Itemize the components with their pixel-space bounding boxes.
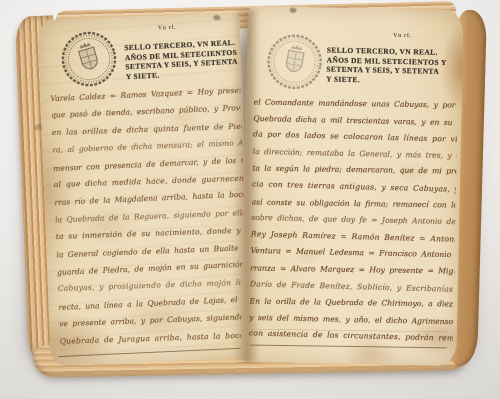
photo-background: Vn rl. SELLO TERCERO, VN REAL.AÑOS DE MI… bbox=[0, 0, 500, 399]
right-page: Vn rl. SELLO TERCERO, VN REAL.AÑOS DE MI… bbox=[240, 6, 463, 366]
crowned-arms-stamp-icon bbox=[52, 23, 126, 95]
handwritten-text: Varela Caldez = Ramos Vazquez = Hoy pres… bbox=[50, 82, 250, 350]
handwritten-line: el Comandante mandándose unas Cabuyas, y… bbox=[254, 95, 458, 115]
printed-tax-heading: SELLO TERCERO, VN REAL.AÑOS DE MIL SETEC… bbox=[326, 45, 447, 86]
tariff-note: Vn rl. bbox=[393, 33, 411, 39]
folio-ink-mark bbox=[290, 8, 297, 13]
handwritten-line: En la orilla de la Quebrada de Chirimoyo… bbox=[249, 294, 453, 314]
handwritten-text: el Comandante mandándose unas Cabuyas, y… bbox=[249, 94, 458, 347]
printed-tax-heading: SELLO TERCERO, VN REAL.AÑOS DE MIL SETEC… bbox=[124, 38, 238, 82]
folio-ink-mark bbox=[213, 15, 220, 20]
crowned-arms-stamp-icon bbox=[260, 28, 329, 96]
left-page: Vn rl. SELLO TERCERO, VN REAL.AÑOS DE MI… bbox=[37, 12, 252, 365]
tariff-note: Vn rl. bbox=[158, 25, 176, 32]
